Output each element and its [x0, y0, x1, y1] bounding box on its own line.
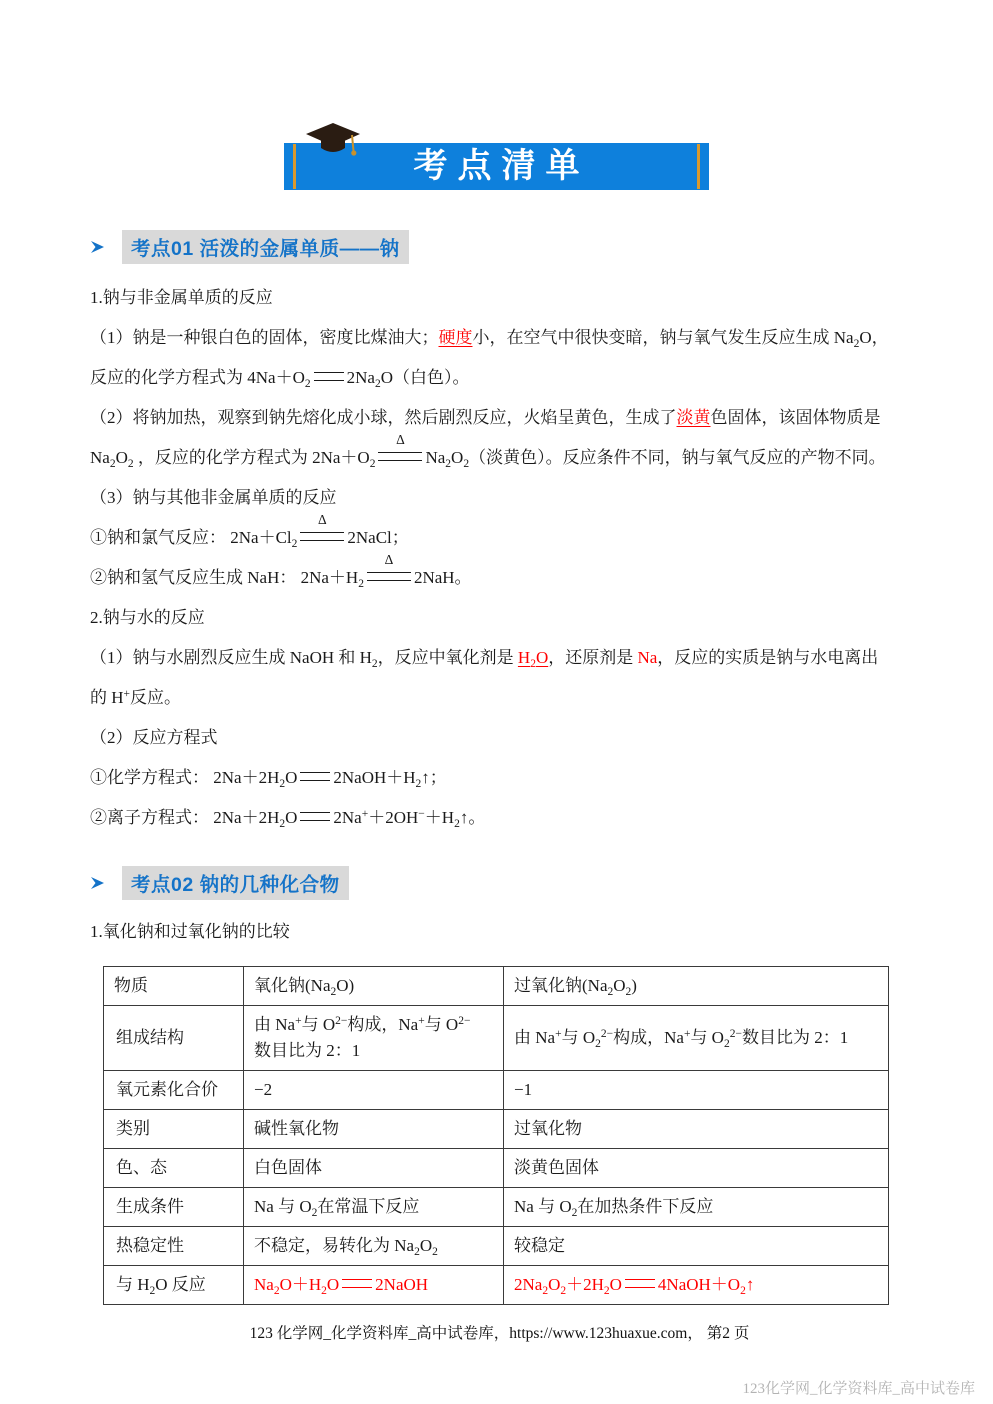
table-row: 组成结构 由 Na+与 O2−构成，Na+与 O2− 数目比为 2：1 由 Na… — [104, 1006, 889, 1071]
body-line: （1）钠与水剧烈反应生成 NaOH 和 H2，反应中氧化剂是 H2O，还原剂是 … — [90, 638, 909, 678]
table-row-label: 色、态 — [104, 1149, 244, 1188]
body-line: ①钠和氯气反应： 2Na＋Cl2Δ2NaCl； — [90, 518, 909, 558]
table-row: 生成条件 Na 与 O2在常温下反应 Na 与 O2在加热条件下反应 — [104, 1188, 889, 1227]
body-line: Na2O2 ，反应的化学方程式为 2Na＋O2ΔNa2O2（淡黄色）。反应条件不… — [90, 438, 909, 478]
table-row-label: 类别 — [104, 1110, 244, 1149]
table-row-label: 与 H2O 反应 — [104, 1266, 244, 1305]
table-row-label: 热稳定性 — [104, 1227, 244, 1266]
table-cell-na2o: 白色固体 — [244, 1149, 504, 1188]
arrow-bullet-icon — [90, 876, 105, 890]
table-cell-na2o: Na2O＋H2O2NaOH — [244, 1266, 504, 1305]
body-line: 2.钠与水的反应 — [90, 598, 909, 638]
table-cell-na2o2: 过氧化物 — [504, 1110, 889, 1149]
table-cell-na2o: −2 — [244, 1071, 504, 1110]
table-header-cell: 氧化钠(Na2O) — [244, 967, 504, 1006]
arrow-bullet-icon — [90, 240, 105, 254]
table-row: 氧元素化合价 −2 −1 — [104, 1071, 889, 1110]
table-header-cell: 物质 — [104, 967, 244, 1006]
body-line: 的 H+反应。 — [90, 678, 909, 718]
table-row: 色、态 白色固体 淡黄色固体 — [104, 1149, 889, 1188]
body-line: ②离子方程式： 2Na＋2H2O2Na+＋2OH−＋H2↑。 — [90, 798, 909, 838]
table-row: 与 H2O 反应 Na2O＋H2O2NaOH 2Na2O2＋2H2O4NaOH＋… — [104, 1266, 889, 1305]
table-cell-na2o: 碱性氧化物 — [244, 1110, 504, 1149]
table-cell-na2o2: 淡黄色固体 — [504, 1149, 889, 1188]
section-heading-title: 考点02 钠的几种化合物 — [122, 866, 349, 900]
body-line: （1）钠是一种银白色的固体，密度比煤油大；硬度小，在空气中很快变暗，钠与氧气发生… — [90, 318, 909, 358]
body-line: （2）反应方程式 — [90, 718, 909, 758]
document-page: 考点清单 考点01 活泼的金属单质——钠 1.钠与非金属单质的反应（1）钠是一种… — [0, 0, 993, 1404]
section-heading-kd01: 考点01 活泼的金属单质——钠 — [90, 230, 909, 264]
body-line: 1.氧化钠和过氧化钠的比较 — [90, 912, 909, 952]
section-kd01-body: 1.钠与非金属单质的反应（1）钠是一种银白色的固体，密度比煤油大；硬度小，在空气… — [90, 278, 909, 838]
table-cell-na2o2: 由 Na+与 O22−构成，Na+与 O22−数目比为 2：1 — [504, 1006, 889, 1071]
body-line: 1.钠与非金属单质的反应 — [90, 278, 909, 318]
table-row-label: 生成条件 — [104, 1188, 244, 1227]
table-body: 组成结构 由 Na+与 O2−构成，Na+与 O2− 数目比为 2：1 由 Na… — [104, 1006, 889, 1305]
graduation-cap-icon — [302, 121, 364, 165]
section-kd02-body: 1.氧化钠和过氧化钠的比较 — [90, 912, 909, 952]
document-content: 考点01 活泼的金属单质——钠 1.钠与非金属单质的反应（1）钠是一种银白色的固… — [90, 230, 909, 1343]
comparison-table: 物质氧化钠(Na2O)过氧化钠(Na2O2) 组成结构 由 Na+与 O2−构成… — [103, 966, 889, 1305]
section-heading-title: 考点01 活泼的金属单质——钠 — [122, 230, 409, 264]
table-header-row: 物质氧化钠(Na2O)过氧化钠(Na2O2) — [104, 967, 889, 1006]
table-row-label: 氧元素化合价 — [104, 1071, 244, 1110]
page-footer: 123 化学网_化学资料库_高中试卷库，https://www.123huaxu… — [90, 1321, 909, 1343]
table-row: 热稳定性 不稳定，易转化为 Na2O2 较稳定 — [104, 1227, 889, 1266]
table-row: 类别 碱性氧化物 过氧化物 — [104, 1110, 889, 1149]
table-cell-na2o2: Na 与 O2在加热条件下反应 — [504, 1188, 889, 1227]
table-row-label: 组成结构 — [104, 1006, 244, 1071]
table-cell-na2o: Na 与 O2在常温下反应 — [244, 1188, 504, 1227]
section-heading-kd02: 考点02 钠的几种化合物 — [90, 866, 909, 900]
watermark: 123化学网_化学资料库_高中试卷库 — [742, 1377, 975, 1398]
table-header-cell: 过氧化钠(Na2O2) — [504, 967, 889, 1006]
table-cell-na2o: 不稳定，易转化为 Na2O2 — [244, 1227, 504, 1266]
body-line: 反应的化学方程式为 4Na＋O22Na2O（白色）。 — [90, 358, 909, 398]
table-cell-na2o2: 2Na2O2＋2H2O4NaOH＋O2↑ — [504, 1266, 889, 1305]
body-line: （3）钠与其他非金属单质的反应 — [90, 478, 909, 518]
table-cell-na2o2: −1 — [504, 1071, 889, 1110]
body-line: （2）将钠加热，观察到钠先熔化成小球，然后剧烈反应，火焰呈黄色，生成了淡黄色固体… — [90, 398, 909, 438]
table-cell-na2o2: 较稳定 — [504, 1227, 889, 1266]
body-line: ①化学方程式： 2Na＋2H2O2NaOH＋H2↑； — [90, 758, 909, 798]
body-line: ②钠和氢气反应生成 NaH： 2Na＋H2Δ2NaH。 — [90, 558, 909, 598]
table-cell-na2o: 由 Na+与 O2−构成，Na+与 O2− 数目比为 2：1 — [244, 1006, 504, 1071]
banner: 考点清单 — [284, 143, 709, 190]
